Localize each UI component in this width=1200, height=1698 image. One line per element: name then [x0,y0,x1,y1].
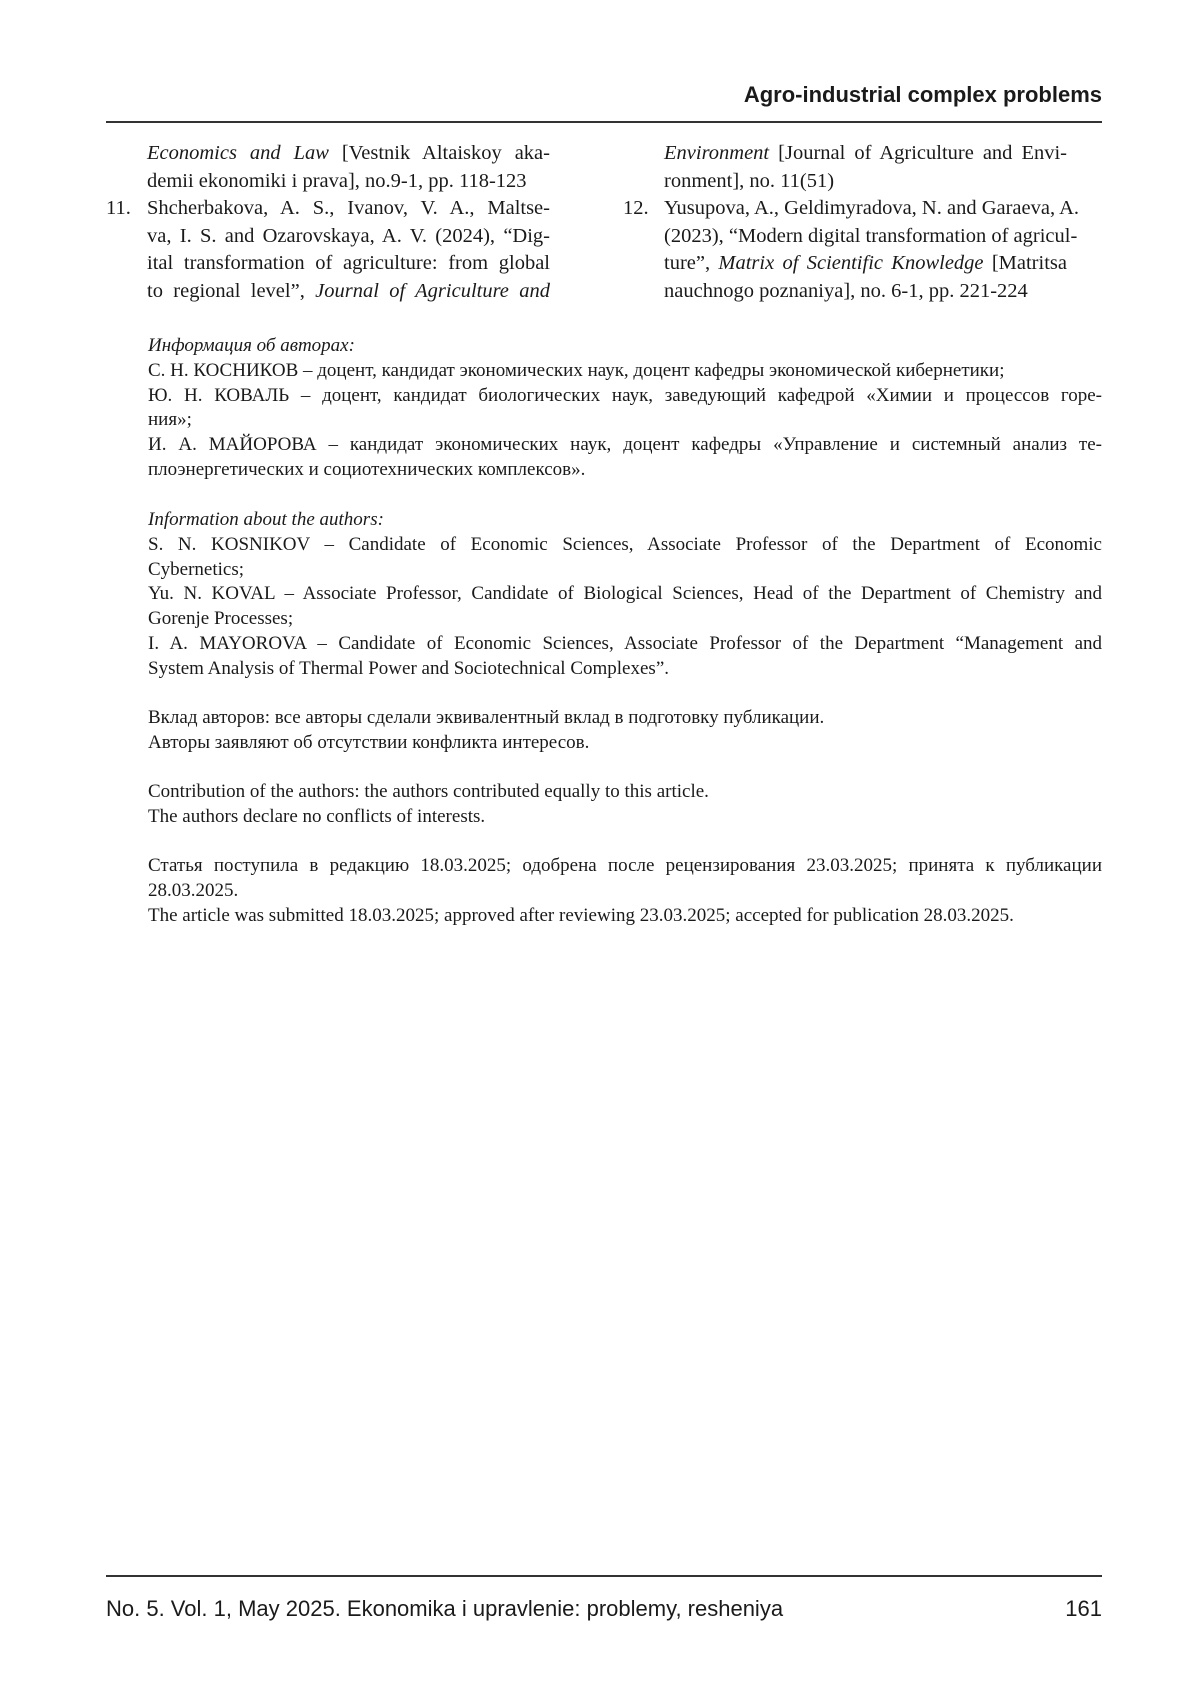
author-line: Ю. Н. КОВАЛЬ – доцент, кандидат биологич… [148,384,1102,409]
authors-info-en-title: Information about the authors: [148,508,1102,533]
dates-ru-cont: 28.03.2025. [148,879,1102,904]
references-right-column: Environment [Journal of Agriculture and … [623,140,1067,305]
reference-11: 11. Shcherbakova, A. S., Ivanov, V. A., … [106,195,550,305]
author-line: ния»; [148,408,1102,433]
dates-ru: Статья поступила в редакцию 18.03.2025; … [148,854,1102,879]
reference-number: 12. [623,195,649,223]
article-dates: Статья поступила в редакцию 18.03.2025; … [148,854,1102,928]
author-line: System Analysis of Thermal Power and Soc… [148,657,1102,682]
author-line: Cybernetics; [148,558,1102,583]
journal-title: Economics and Law [147,142,329,164]
journal-title: Journal of Agriculture and [315,280,550,302]
author-line: С. Н. КОСНИКОВ – доцент, кандидат эконом… [148,359,1102,384]
author-line: I. A. MAYOROVA – Candidate of Economic S… [148,632,1102,657]
authors-info-ru: Информация об авторах: С. Н. КОСНИКОВ – … [148,334,1102,483]
journal-title: Matrix of Scientific Knowledge [718,252,983,274]
author-line: S. N. KOSNIKOV – Candidate of Economic S… [148,533,1102,558]
running-footer: No. 5. Vol. 1, May 2025. Ekonomika i upr… [106,1596,1102,1622]
footer-divider [106,1575,1102,1577]
author-line: плоэнергетических и социотехнических ком… [148,458,1102,483]
dates-en: The article was submitted 18.03.2025; ap… [148,904,1102,929]
author-line: Gorenje Processes; [148,607,1102,632]
reference-11-continuation: Environment [Journal of Agriculture and … [623,140,1067,195]
author-line: И. А. МАЙОРОВА – кандидат экономических … [148,433,1102,458]
authors-info-ru-title: Информация об авторах: [148,334,1102,359]
references-left-column: Economics and Law [Vestnik Altaiskoy aka… [106,140,550,305]
contribution-ru: Вклад авторов: все авторы сделали эквива… [148,706,1102,756]
author-line: Yu. N. KOVAL – Associate Professor, Cand… [148,582,1102,607]
journal-title: Environment [664,142,769,164]
journal-citation: No. 5. Vol. 1, May 2025. Ekonomika i upr… [106,1596,783,1622]
reference-10-continuation: Economics and Law [Vestnik Altaiskoy aka… [106,140,550,195]
page-number: 161 [1065,1596,1102,1622]
contribution-en: Contribution of the authors: the authors… [148,780,1102,830]
reference-number: 11. [106,195,131,223]
running-header: Agro-industrial complex problems [106,82,1102,108]
reference-12: 12. Yusupova, A., Geldimyradova, N. and … [623,195,1067,305]
authors-info-en: Information about the authors: S. N. KOS… [148,508,1102,682]
header-divider [106,121,1102,123]
